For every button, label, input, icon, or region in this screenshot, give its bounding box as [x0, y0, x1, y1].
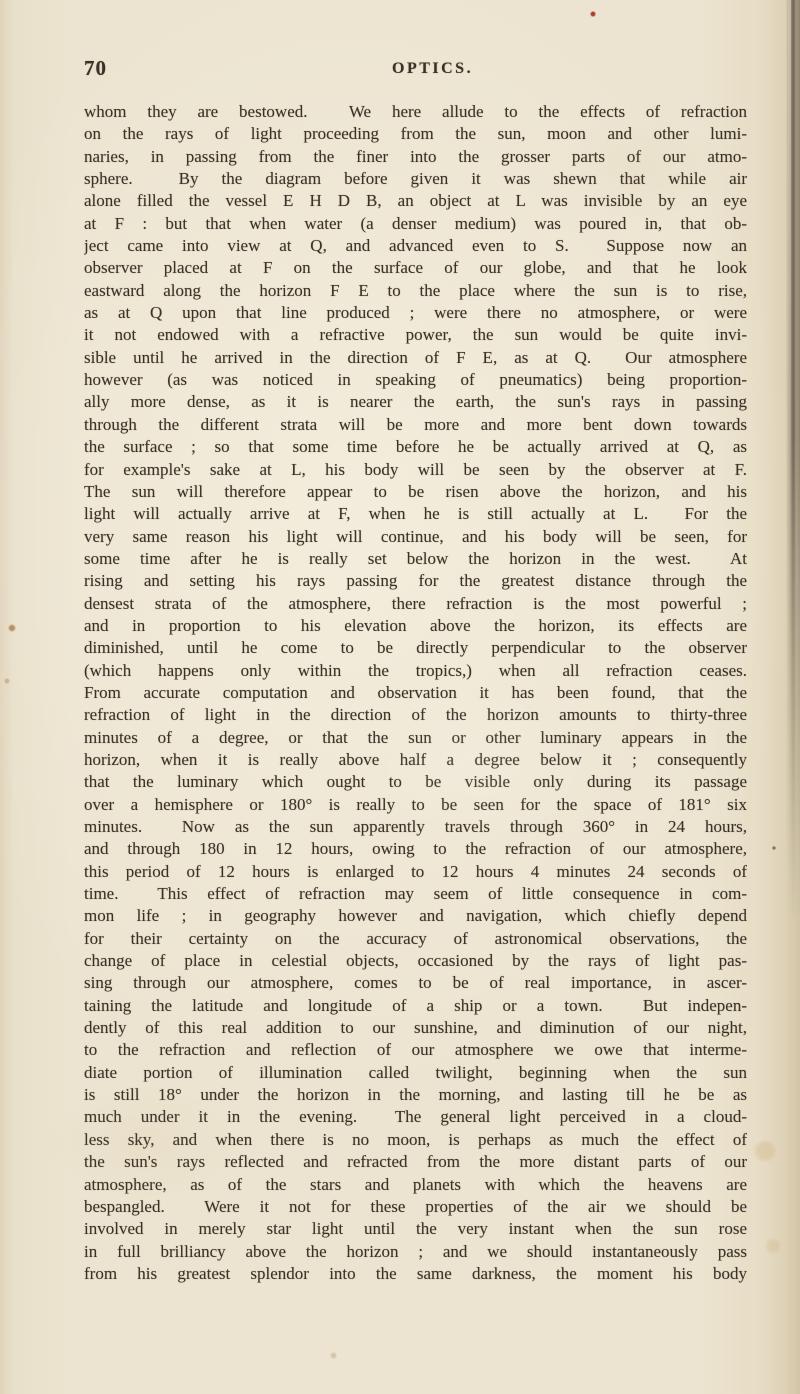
page-number: 70: [84, 56, 107, 81]
text-line: minutes of a degree, or that the sun or …: [84, 727, 747, 749]
text-line: sphere. By the diagram before given it w…: [84, 168, 747, 190]
text-line: naries, in passing from the finer into t…: [84, 146, 747, 168]
text-line: minutes. Now as the sun apparently trave…: [84, 816, 747, 838]
paper-stain: [8, 624, 16, 632]
running-head-title: OPTICS.: [392, 60, 473, 78]
text-line: light will actually arrive at F, when he…: [84, 503, 747, 525]
paper-stain: [4, 678, 10, 684]
text-line: observer placed at F on the surface of o…: [84, 257, 747, 279]
text-line: in full brilliancy above the horizon ; a…: [84, 1241, 747, 1263]
text-line: is still 18° under the horizon in the mo…: [84, 1084, 747, 1106]
text-line: The sun will therefore appear to be rise…: [84, 481, 747, 503]
text-line: densest strata of the atmosphere, there …: [84, 593, 747, 615]
text-line: change of place in celestial objects, oc…: [84, 950, 747, 972]
text-line: however (as was noticed in speaking of p…: [84, 369, 747, 391]
paper-stain: [764, 1238, 782, 1254]
text-line: involved in merely star light until the …: [84, 1218, 747, 1240]
text-line: eastward along the horizon F E to the pl…: [84, 280, 747, 302]
text-line: time. This effect of refraction may seem…: [84, 883, 747, 905]
text-line: whom they are bestowed. We here allude t…: [84, 101, 747, 123]
text-line: sing through our atmosphere, comes to be…: [84, 972, 747, 994]
text-line: very same reason his light will continue…: [84, 526, 747, 548]
text-line: taining the latitude and longitude of a …: [84, 995, 747, 1017]
text-line: atmosphere, as of the stars and planets …: [84, 1174, 747, 1196]
text-line: mon life ; in geography however and navi…: [84, 905, 747, 927]
text-line: alone filled the vessel E H D B, an obje…: [84, 190, 747, 212]
text-line: to the refraction and reflection of our …: [84, 1039, 747, 1061]
page-header: 70 OPTICS.: [84, 56, 745, 82]
text-line: ally more dense, as it is nearer the ear…: [84, 391, 747, 413]
text-line: it not endowed with a refractive power, …: [84, 324, 747, 346]
text-line: from his greatest splendor into the same…: [84, 1263, 747, 1285]
page-edge-highlight: [788, 0, 791, 620]
text-line: horizon, when it is really above half a …: [84, 749, 747, 771]
text-line: dently of this real addition to our suns…: [84, 1017, 747, 1039]
text-line: (which happens only within the tropics,)…: [84, 660, 747, 682]
text-line: bespangled. Were it not for these proper…: [84, 1196, 747, 1218]
paper-stain: [330, 1352, 337, 1359]
text-line: diminished, until he come to be directly…: [84, 637, 747, 659]
text-line: this period of 12 hours is enlarged to 1…: [84, 861, 747, 883]
text-line: less sky, and when there is no moon, is …: [84, 1129, 747, 1151]
body-text: whom they are bestowed. We here allude t…: [84, 101, 747, 1285]
paper-stain: [590, 11, 596, 17]
scanned-book-page: 70 OPTICS. whom they are bestowed. We he…: [0, 0, 800, 1394]
paper-stain: [752, 1140, 778, 1162]
text-line: much under it in the evening. The genera…: [84, 1106, 747, 1128]
text-line: sible until he arrived in the direction …: [84, 347, 747, 369]
text-line: as at Q upon that line produced ; were t…: [84, 302, 747, 324]
text-line: for example's sake at L, his body will b…: [84, 459, 747, 481]
text-line: through the different strata will be mor…: [84, 414, 747, 436]
text-line: that the luminary which ought to be visi…: [84, 771, 747, 793]
text-line: over a hemisphere or 180° is really to b…: [84, 794, 747, 816]
text-line: some time after he is really set below t…: [84, 548, 747, 570]
text-line: the surface ; so that some time before h…: [84, 436, 747, 458]
text-line: rising and setting his rays passing for …: [84, 570, 747, 592]
text-line: at F : but that when water (a denser med…: [84, 213, 747, 235]
text-line: for their certainty on the accuracy of a…: [84, 928, 747, 950]
text-line: From accurate computation and observatio…: [84, 682, 747, 704]
paper-stain: [772, 846, 776, 850]
text-line: on the rays of light proceeding from the…: [84, 123, 747, 145]
text-line: ject came into view at Q, and advanced e…: [84, 235, 747, 257]
text-line: and through 180 in 12 hours, owing to th…: [84, 838, 747, 860]
text-line: and in proportion to his elevation above…: [84, 615, 747, 637]
text-line: diate portion of illumination called twi…: [84, 1062, 747, 1084]
text-line: refraction of light in the direction of …: [84, 704, 747, 726]
text-line: the sun's rays reflected and refracted f…: [84, 1151, 747, 1173]
